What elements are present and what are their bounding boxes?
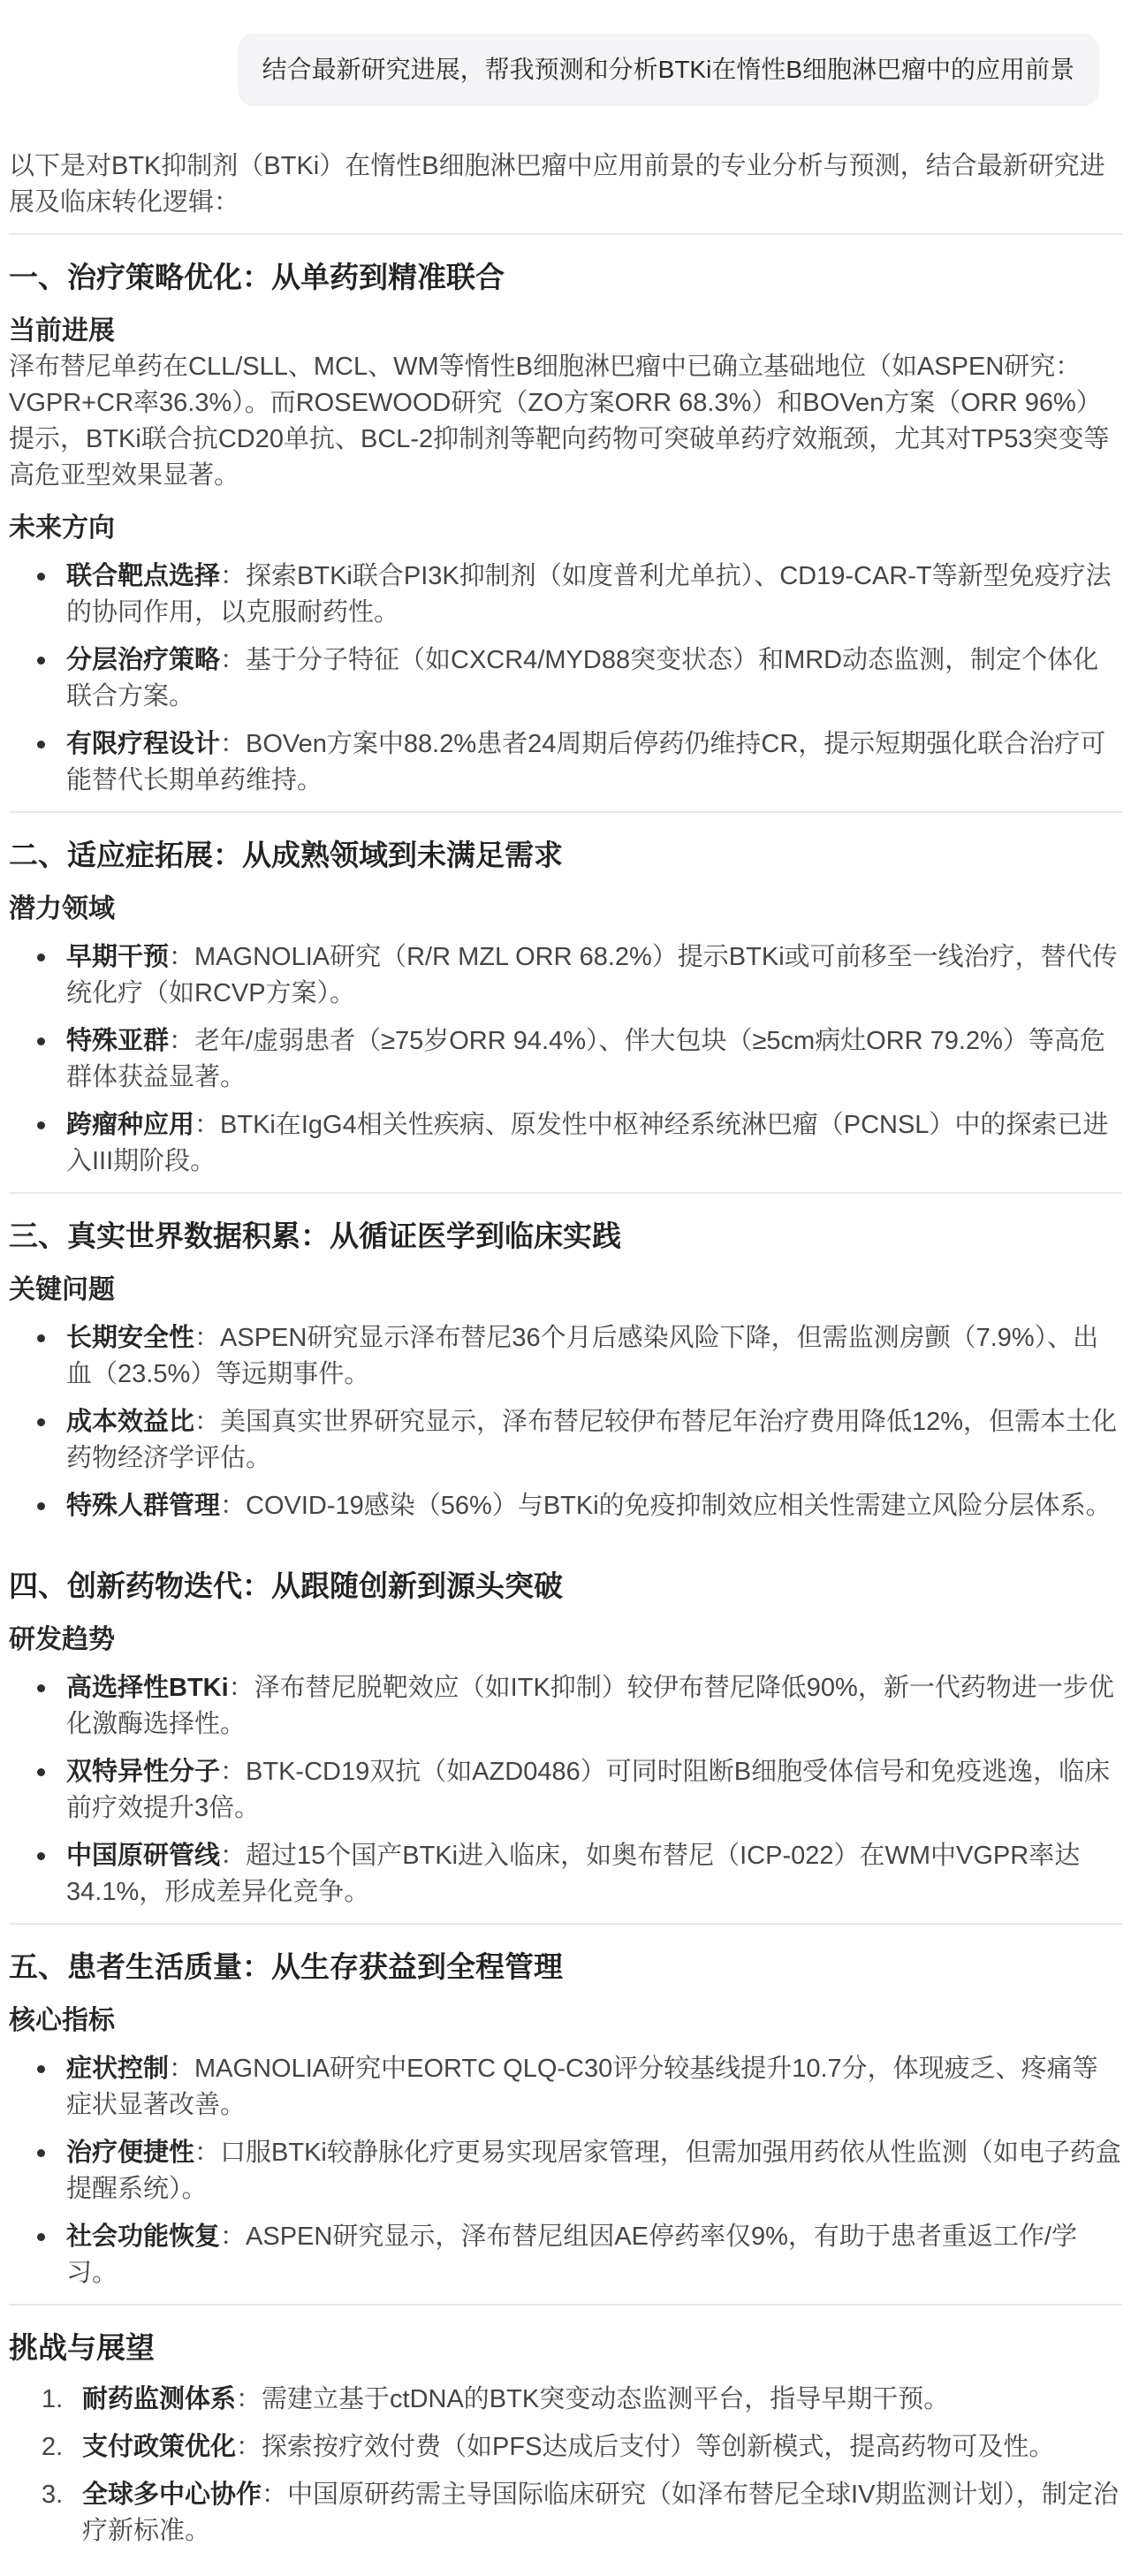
section-heading: 五、患者生活质量：从生存获益到全程管理 bbox=[9, 1948, 1122, 1987]
list-item: 跨瘤种应用：BTKi在IgG4相关性疾病、原发性中枢神经系统淋巴瘤（PCNSL）… bbox=[66, 1107, 1122, 1180]
item-number: 3. bbox=[42, 2477, 63, 2513]
bullet-text: ：需建立基于ctDNA的BTK突变动态监测平台，指导早期干预。 bbox=[236, 2385, 949, 2413]
section-quality-of-life: 五、患者生活质量：从生存获益到全程管理 核心指标 症状控制：MAGNOLIA研究… bbox=[9, 1948, 1122, 2291]
bullet-dot-icon bbox=[37, 1418, 45, 1426]
item-number: 1. bbox=[42, 2382, 63, 2418]
section-drug-innovation: 四、创新药物迭代：从跟随创新到源头突破 研发趋势 高选择性BTKi：泽布替尼脱靶… bbox=[9, 1567, 1122, 1911]
bullet-text: ：BTKi在IgG4相关性疾病、原发性中枢神经系统淋巴瘤（PCNSL）中的探索已… bbox=[66, 1111, 1108, 1175]
section-divider bbox=[9, 233, 1122, 235]
bullet-label: 耐药监测体系 bbox=[82, 2385, 236, 2413]
bullet-list: 联合靶点选择：探索BTKi联合PI3K抑制剂（如度普利尤单抗）、CD19-CAR… bbox=[9, 559, 1122, 799]
list-item: 高选择性BTKi：泽布替尼脱靶效应（如ITK抑制）较伊布替尼降低90%，新一代药… bbox=[66, 1670, 1122, 1743]
list-item: 特殊亚群：老年/虚弱患者（≥75岁ORR 94.4%）、伴大包块（≥5cm病灶O… bbox=[66, 1023, 1122, 1096]
list-item: 中国原研管线：超过15个国产BTKi进入临床，如奥布替尼（ICP-022）在WM… bbox=[66, 1838, 1122, 1911]
subheading: 研发趋势 bbox=[9, 1622, 1122, 1658]
bullet-label: 特殊亚群 bbox=[66, 1027, 169, 1055]
bullet-dot-icon bbox=[37, 573, 45, 581]
bullet-label: 症状控制 bbox=[66, 2055, 169, 2083]
bullet-label: 有限疗程设计 bbox=[66, 730, 220, 758]
bullet-dot-icon bbox=[37, 954, 45, 961]
bullet-text: ：口服BTKi较静脉化疗更易实现居家管理，但需加强用药依从性监测（如电子药盒提醒… bbox=[66, 2139, 1121, 2203]
section-divider bbox=[9, 1192, 1122, 1194]
user-bubble: 结合最新研究进展，帮我预测和分析BTKi在惰性B细胞淋巴瘤中的应用前景 bbox=[238, 34, 1099, 106]
bullet-dot-icon bbox=[37, 1121, 45, 1129]
bullet-label: 早期干预 bbox=[66, 943, 169, 971]
bullet-label: 治疗便捷性 bbox=[66, 2139, 194, 2167]
bullet-text: ：美国真实世界研究显示，泽布替尼较伊布替尼年治疗费用降低12%，但需本土化药物经… bbox=[66, 1408, 1117, 1472]
bullet-label: 全球多中心协作 bbox=[82, 2481, 262, 2509]
bullet-dot-icon bbox=[37, 1502, 45, 1510]
bullet-list: 早期干预：MAGNOLIA研究（R/R MZL ORR 68.2%）提示BTKi… bbox=[9, 939, 1122, 1180]
list-item: 3.全球多中心协作：中国原研药需主导国际临床研究（如泽布替尼全球IV期监测计划）… bbox=[9, 2477, 1122, 2549]
list-item: 分层治疗策略：基于分子特征（如CXCR4/MYD88突变状态）和MRD动态监测，… bbox=[66, 642, 1122, 715]
list-item: 有限疗程设计：BOVen方案中88.2%患者24周期后停药仍维持CR，提示短期强… bbox=[66, 726, 1122, 799]
bullet-dot-icon bbox=[37, 1334, 45, 1342]
subheading: 关键问题 bbox=[9, 1272, 1122, 1308]
bullet-label: 特殊人群管理 bbox=[66, 1492, 220, 1520]
list-item: 早期干预：MAGNOLIA研究（R/R MZL ORR 68.2%）提示BTKi… bbox=[66, 939, 1122, 1012]
bullet-text: ：探索按疗效付费（如PFS达成后支付）等创新模式，提高药物可及性。 bbox=[236, 2433, 1054, 2461]
section-divider bbox=[9, 1923, 1122, 1925]
bullet-list: 高选择性BTKi：泽布替尼脱靶效应（如ITK抑制）较伊布替尼降低90%，新一代药… bbox=[9, 1670, 1122, 1911]
bullet-dot-icon bbox=[37, 2233, 45, 2241]
bullet-text: ：BTK-CD19双抗（如AZD0486）可同时阻断B细胞受体信号和免疫逃逸，临… bbox=[66, 1758, 1110, 1822]
section-divider bbox=[9, 2304, 1122, 2306]
bullet-text: ：基于分子特征（如CXCR4/MYD88突变状态）和MRD动态监测，制定个体化联… bbox=[66, 646, 1098, 710]
section-challenges-outlook: 挑战与展望 1.耐药监测体系：需建立基于ctDNA的BTK突变动态监测平台，指导… bbox=[9, 2329, 1122, 2549]
bullet-dot-icon bbox=[37, 1768, 45, 1776]
user-message-text: 结合最新研究进展，帮我预测和分析BTKi在惰性B细胞淋巴瘤中的应用前景 bbox=[262, 56, 1074, 83]
bullet-text: ：BOVen方案中88.2%患者24周期后停药仍维持CR，提示短期强化联合治疗可… bbox=[66, 730, 1105, 794]
subheading: 未来方向 bbox=[9, 510, 1122, 546]
bullet-label: 联合靶点选择 bbox=[66, 562, 220, 590]
bullet-dot-icon bbox=[37, 741, 45, 748]
bullet-text: ：MAGNOLIA研究（R/R MZL ORR 68.2%）提示BTKi或可前移… bbox=[66, 943, 1118, 1007]
section-indication-expansion: 二、适应症拓展：从成熟领域到未满足需求 潜力领域 早期干预：MAGNOLIA研究… bbox=[9, 836, 1122, 1180]
bullet-text: ：ASPEN研究显示泽布替尼36个月后感染风险下降，但需监测房颤（7.9%）、出… bbox=[66, 1324, 1098, 1388]
numbered-list: 1.耐药监测体系：需建立基于ctDNA的BTK突变动态监测平台，指导早期干预。 … bbox=[9, 2382, 1122, 2549]
intro-paragraph: 以下是对BTK抑制剂（BTKi）在惰性B细胞淋巴瘤中应用前景的专业分析与预测，结… bbox=[9, 148, 1122, 221]
bullet-label: 高选择性BTKi bbox=[66, 1674, 229, 1702]
subheading: 核心指标 bbox=[9, 2002, 1122, 2039]
assistant-response: 以下是对BTK抑制剂（BTKi）在惰性B细胞淋巴瘤中应用前景的专业分析与预测，结… bbox=[9, 148, 1122, 2549]
bullet-dot-icon bbox=[37, 1852, 45, 1860]
section-treatment-strategy: 一、治疗策略优化：从单药到精准联合 当前进展 泽布替尼单药在CLL/SLL、MC… bbox=[9, 258, 1122, 799]
user-message-row: 结合最新研究进展，帮我预测和分析BTKi在惰性B细胞淋巴瘤中的应用前景 bbox=[9, 34, 1122, 106]
list-item: 长期安全性：ASPEN研究显示泽布替尼36个月后感染风险下降，但需监测房颤（7.… bbox=[66, 1320, 1122, 1393]
subheading: 当前进展 bbox=[9, 313, 1122, 349]
bullet-dot-icon bbox=[37, 1037, 45, 1045]
list-item: 特殊人群管理：COVID-19感染（56%）与BTKi的免疫抑制效应相关性需建立… bbox=[66, 1488, 1122, 1524]
bullet-text: ：老年/虚弱患者（≥75岁ORR 94.4%）、伴大包块（≥5cm病灶ORR 7… bbox=[66, 1027, 1105, 1091]
list-item: 社会功能恢复：ASPEN研究显示，泽布替尼组因AE停药率仅9%，有助于患者重返工… bbox=[66, 2219, 1122, 2291]
bullet-label: 长期安全性 bbox=[66, 1324, 194, 1352]
item-number: 2. bbox=[42, 2429, 63, 2466]
bullet-dot-icon bbox=[37, 657, 45, 665]
list-item: 成本效益比：美国真实世界研究显示，泽布替尼较伊布替尼年治疗费用降低12%，但需本… bbox=[66, 1404, 1122, 1477]
bullet-list: 症状控制：MAGNOLIA研究中EORTC QLQ-C30评分较基线提升10.7… bbox=[9, 2051, 1122, 2291]
bullet-text: ：MAGNOLIA研究中EORTC QLQ-C30评分较基线提升10.7分，体现… bbox=[66, 2055, 1098, 2119]
bullet-text: ：探索BTKi联合PI3K抑制剂（如度普利尤单抗）、CD19-CAR-T等新型免… bbox=[66, 562, 1112, 627]
section-heading: 四、创新药物迭代：从跟随创新到源头突破 bbox=[9, 1567, 1122, 1606]
bullet-label: 中国原研管线 bbox=[66, 1842, 220, 1870]
list-item: 联合靶点选择：探索BTKi联合PI3K抑制剂（如度普利尤单抗）、CD19-CAR… bbox=[66, 559, 1122, 631]
subheading: 潜力领域 bbox=[9, 891, 1122, 927]
bullet-dot-icon bbox=[37, 2065, 45, 2073]
bullet-label: 社会功能恢复 bbox=[66, 2223, 220, 2251]
bullet-list: 长期安全性：ASPEN研究显示泽布替尼36个月后感染风险下降，但需监测房颤（7.… bbox=[9, 1320, 1122, 1524]
section-heading: 一、治疗策略优化：从单药到精准联合 bbox=[9, 258, 1122, 297]
section-heading: 三、真实世界数据积累：从循证医学到临床实践 bbox=[9, 1217, 1122, 1256]
list-item: 症状控制：MAGNOLIA研究中EORTC QLQ-C30评分较基线提升10.7… bbox=[66, 2051, 1122, 2124]
bullet-dot-icon bbox=[37, 2149, 45, 2157]
chat-page: 结合最新研究进展，帮我预测和分析BTKi在惰性B细胞淋巴瘤中的应用前景 以下是对… bbox=[0, 0, 1131, 2576]
bullet-dot-icon bbox=[37, 1684, 45, 1692]
bullet-label: 支付政策优化 bbox=[82, 2433, 236, 2461]
bullet-label: 跨瘤种应用 bbox=[66, 1111, 194, 1139]
section-real-world-data: 三、真实世界数据积累：从循证医学到临床实践 关键问题 长期安全性：ASPEN研究… bbox=[9, 1217, 1122, 1524]
section-heading: 二、适应症拓展：从成熟领域到未满足需求 bbox=[9, 836, 1122, 875]
list-item: 双特异性分子：BTK-CD19双抗（如AZD0486）可同时阻断B细胞受体信号和… bbox=[66, 1754, 1122, 1827]
bullet-label: 双特异性分子 bbox=[66, 1758, 220, 1786]
section-heading: 挑战与展望 bbox=[9, 2329, 1122, 2367]
list-item: 2.支付政策优化：探索按疗效付费（如PFS达成后支付）等创新模式，提高药物可及性… bbox=[9, 2429, 1122, 2466]
bullet-label: 分层治疗策略 bbox=[66, 646, 220, 674]
list-item: 治疗便捷性：口服BTKi较静脉化疗更易实现居家管理，但需加强用药依从性监测（如电… bbox=[66, 2135, 1122, 2207]
bullet-text: ：COVID-19感染（56%）与BTKi的免疫抑制效应相关性需建立风险分层体系… bbox=[220, 1492, 1112, 1520]
bullet-label: 成本效益比 bbox=[66, 1408, 194, 1436]
list-item: 1.耐药监测体系：需建立基于ctDNA的BTK突变动态监测平台，指导早期干预。 bbox=[9, 2382, 1122, 2418]
section-divider bbox=[9, 811, 1122, 813]
paragraph: 泽布替尼单药在CLL/SLL、MCL、WM等惰性B细胞淋巴瘤中已确立基础地位（如… bbox=[9, 349, 1122, 494]
